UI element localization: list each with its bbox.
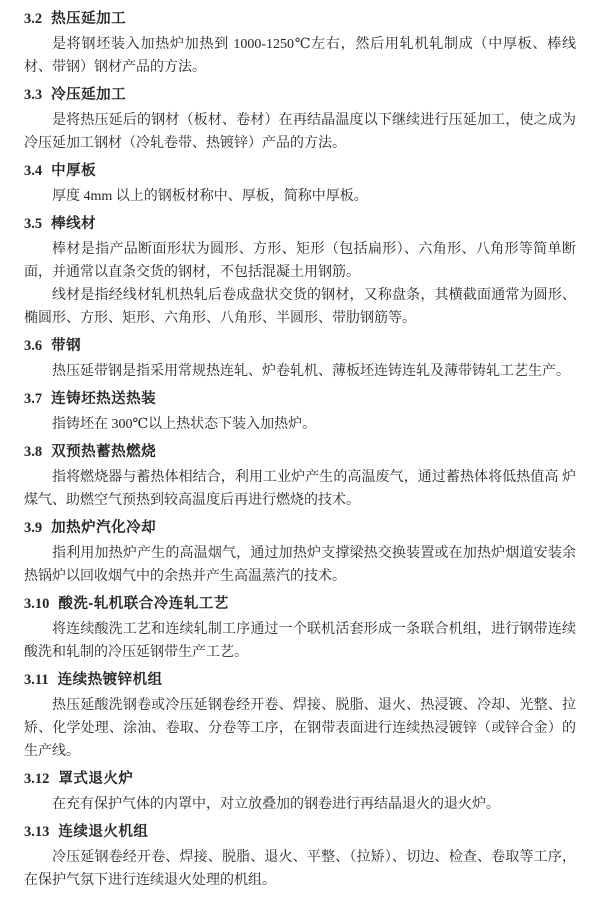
section-title: 棒线材 [51,216,96,232]
section-heading: 3.4中厚板 [24,160,576,183]
section-heading: 3.8双预热蓄热燃烧 [24,441,576,464]
section-heading: 3.6带钢 [24,335,576,358]
section-paragraph: 线材是指经线材轧机热轧后卷成盘状交货的钢材，又称盘条，其横截面通常为圆形、椭圆形… [24,284,576,330]
section-heading: 3.11连续热镀锌机组 [24,669,576,692]
terminology-section: 3.5棒线材 棒材是指产品断面形状为圆形、方形、矩形（包括扁形）、六角形、八角形… [24,213,576,330]
section-heading: 3.9加热炉汽化冷却 [24,517,576,540]
section-number: 3.10 [24,596,49,612]
section-paragraph: 热压延酸洗钢卷或冷压延钢卷经开卷、焊接、脱脂、退火、热浸镀、冷却、光整、拉矫、化… [24,694,576,763]
terminology-section: 3.13连续退火机组 冷压延钢卷经开卷、焊接、脱脂、退火、平整、（拉矫）、切边、… [24,821,576,892]
terminology-section: 3.11连续热镀锌机组 热压延酸洗钢卷或冷压延钢卷经开卷、焊接、脱脂、退火、热浸… [24,669,576,763]
terminology-section: 3.2热压延加工 是将钢坯装入加热炉加热到 1000-1250℃左右，然后用轧机… [24,8,576,79]
terminology-section: 3.6带钢 热压延带钢是指采用常规热连轧、炉卷轧机、薄板坯连铸连轧及薄带铸轧工艺… [24,335,576,383]
section-title: 双预热蓄热燃烧 [51,444,156,460]
section-number: 3.12 [24,771,49,787]
section-heading: 3.2热压延加工 [24,8,576,31]
section-title: 冷压延加工 [51,87,126,103]
section-title: 连续退火机组 [58,824,148,840]
section-paragraph: 指将燃烧器与蓄热体相结合，利用工业炉产生的高温废气，通过蓄热体将低热值高 炉煤气… [24,466,576,512]
section-heading: 3.5棒线材 [24,213,576,236]
section-paragraph: 将连续酸洗工艺和连续轧制工序通过一个联机活套形成一条联合机组，进行钢带连续酸洗和… [24,618,576,664]
section-paragraph: 指铸坯在 300℃以上热状态下装入加热炉。 [24,413,576,436]
section-heading: 3.13连续退火机组 [24,821,576,844]
section-number: 3.13 [24,824,49,840]
section-paragraph: 冷压延钢卷经开卷、焊接、脱脂、退火、平整、（拉矫）、切边、检查、卷取等工序，在保… [24,846,576,892]
section-paragraph: 棒材是指产品断面形状为圆形、方形、矩形（包括扁形）、六角形、八角形等简单断面，并… [24,238,576,284]
sections-container: 3.2热压延加工 是将钢坯装入加热炉加热到 1000-1250℃左右，然后用轧机… [24,8,576,892]
section-number: 3.3 [24,87,42,103]
document-page: 3.2热压延加工 是将钢坯装入加热炉加热到 1000-1250℃左右，然后用轧机… [0,0,600,898]
section-paragraph: 在充有保护气体的内罩中，对立放叠加的钢卷进行再结晶退火的退火炉。 [24,793,576,816]
terminology-section: 3.8双预热蓄热燃烧 指将燃烧器与蓄热体相结合，利用工业炉产生的高温废气，通过蓄… [24,441,576,512]
terminology-section: 3.9加热炉汽化冷却 指利用加热炉产生的高温烟气，通过加热炉支撑梁热交换装置或在… [24,517,576,588]
section-paragraph: 是将钢坯装入加热炉加热到 1000-1250℃左右，然后用轧机轧制成（中厚板、棒… [24,33,576,79]
section-number: 3.8 [24,444,42,460]
section-title: 连续热镀锌机组 [58,672,163,688]
section-paragraph: 是将热压延后的钢材（板材、卷材）在再结晶温度以下继续进行压延加工，使之成为冷压延… [24,109,576,155]
section-heading: 3.12罩式退火炉 [24,768,576,791]
section-title: 带钢 [51,338,81,354]
section-heading: 3.7连铸坯热送热装 [24,388,576,411]
section-title: 热压延加工 [51,11,126,27]
terminology-section: 3.4中厚板 厚度 4mm 以上的钢板材称中、厚板，简称中厚板。 [24,160,576,208]
terminology-section: 3.10酸洗-轧机联合冷连轧工艺 将连续酸洗工艺和连续轧制工序通过一个联机活套形… [24,593,576,664]
section-paragraph: 厚度 4mm 以上的钢板材称中、厚板，简称中厚板。 [24,185,576,208]
terminology-section: 3.7连铸坯热送热装 指铸坯在 300℃以上热状态下装入加热炉。 [24,388,576,436]
section-number: 3.6 [24,338,42,354]
section-number: 3.7 [24,391,42,407]
terminology-section: 3.12罩式退火炉 在充有保护气体的内罩中，对立放叠加的钢卷进行再结晶退火的退火… [24,768,576,816]
section-title: 加热炉汽化冷却 [51,520,156,536]
section-paragraph: 热压延带钢是指采用常规热连轧、炉卷轧机、薄板坯连铸连轧及薄带铸轧工艺生产。 [24,360,576,383]
terminology-section: 3.3冷压延加工 是将热压延后的钢材（板材、卷材）在再结晶温度以下继续进行压延加… [24,84,576,155]
section-title: 连铸坯热送热装 [51,391,156,407]
section-heading: 3.3冷压延加工 [24,84,576,107]
section-title: 罩式退火炉 [58,771,133,787]
section-number: 3.2 [24,11,42,27]
section-number: 3.5 [24,216,42,232]
section-number: 3.9 [24,520,42,536]
section-title: 中厚板 [51,163,96,179]
section-number: 3.4 [24,163,42,179]
section-paragraph: 指利用加热炉产生的高温烟气，通过加热炉支撑梁热交换装置或在加热炉烟道安装余热锅炉… [24,542,576,588]
section-title: 酸洗-轧机联合冷连轧工艺 [58,596,228,612]
section-heading: 3.10酸洗-轧机联合冷连轧工艺 [24,593,576,616]
section-number: 3.11 [24,672,49,688]
